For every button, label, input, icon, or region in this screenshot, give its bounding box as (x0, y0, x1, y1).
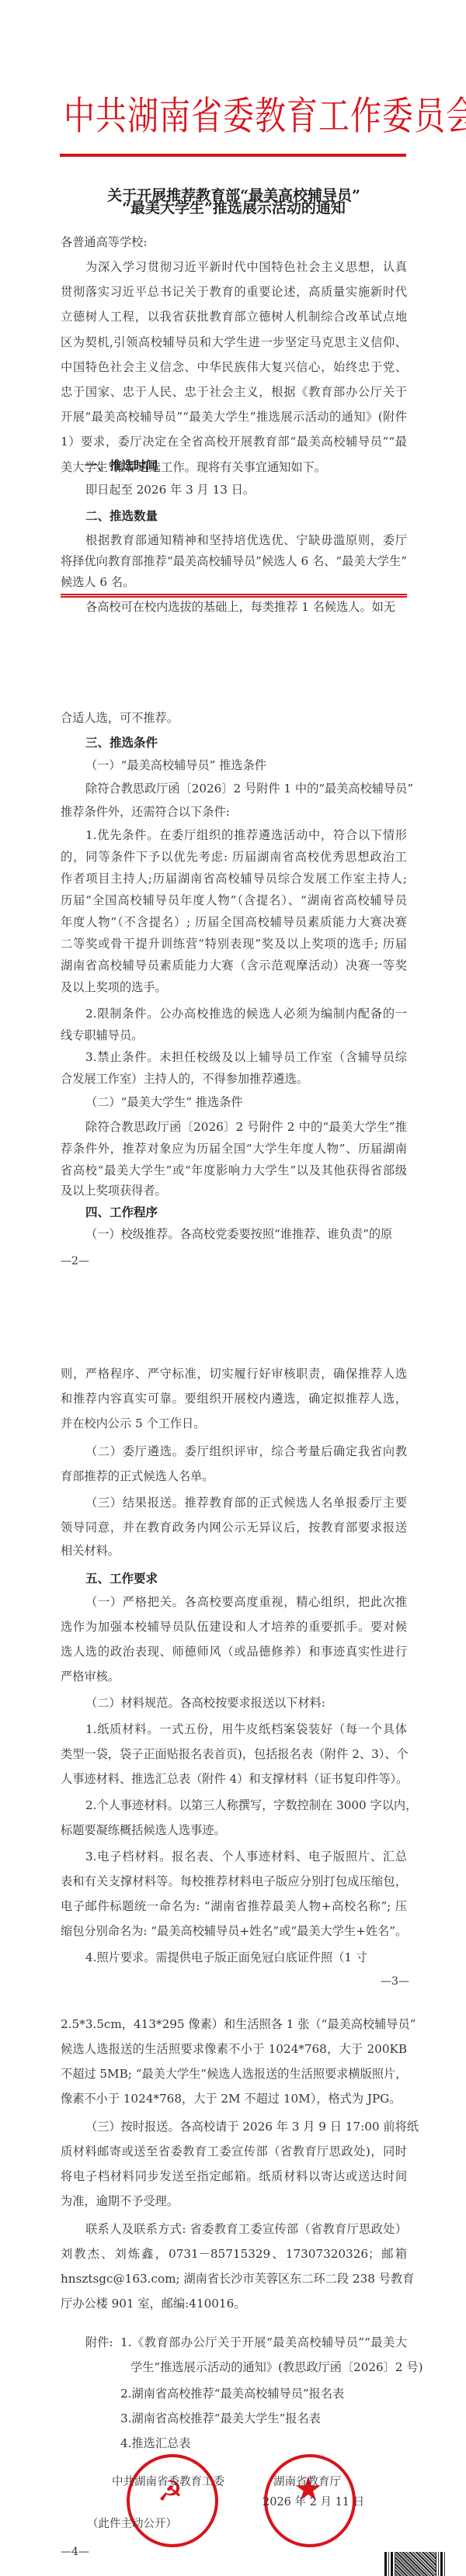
body-text-line: 3.电子档材料。报名表、个人事迹材料、电子版照片、汇总 (85, 1849, 407, 1864)
body-text-line: 和推荐内容真实可靠。要组织开展校内遴选，确定拟推荐人选， (61, 1391, 407, 1406)
body-text-line: 中国特色社会主义信念、中华民族伟大复兴信心，始终忠于党、 (61, 359, 407, 375)
body-text-line: 标题要凝练概括候选人选事迹。 (61, 1822, 407, 1838)
body-text-line: 厅办公楼 901 室，邮编:410016。 (61, 2296, 407, 2311)
body-text-line: 不超过 5MB; “最美大学生”候选人选报送的生活照要求横版照片， (61, 2066, 407, 2082)
body-text-line: 严格审核。 (61, 1669, 407, 1684)
body-text-line: 则，严格程序、严守标准，切实履行好审核职责，确保推荐人选 (61, 1366, 407, 1382)
attachment-item: 1.《教育部办公厅关于开展“最美高校辅导员”“最美大 (120, 2335, 407, 2350)
body-text-line: 选作为加强本校辅导员队伍建设和人才培养的重要抓手。要对候 (61, 1619, 407, 1635)
section2-heading: 二、推选数量 (85, 507, 158, 524)
section1-text: 即日起至 2026 年 3 月 13 日。 (85, 482, 407, 498)
salutation: 各普通高等学校: (61, 234, 407, 250)
body-text-line: （一）校级推荐。各高校党委要按照“谁推荐、谁负责”的原 (85, 1226, 407, 1242)
body-text-line: 4.照片要求。需提供电子版正面免冠白底证件照（1 寸 (85, 1950, 407, 1965)
body-text-line: 为准，逾期不予受理。 (61, 2193, 407, 2209)
body-text-line: 年度人物”（不含提名）; 历届全国高校辅导员素质能力大赛决赛 (61, 914, 407, 930)
document-barcode (384, 2552, 447, 2576)
body-text-line: 荐条件外，推荐对象应为历届全国“大学生年度人物”、历届湖南 (61, 1141, 407, 1156)
body-text-line: 质材料邮寄或送至省委教育工委宣传部（省教育厅思政处)，同时 (61, 2144, 407, 2159)
section5-heading: 五、工作要求 (85, 1569, 158, 1586)
page1-bottom-red-rule-2 (61, 596, 407, 598)
body-text-line: 表和有关支撑材料等。每校推荐材料电子版应分别打包成压缩包， (61, 1874, 407, 1889)
body-text-line: 除符合教思政厅函〔2026〕2 号附件 2 中的“最美大学生”推 (85, 1119, 407, 1135)
body-text-line: 2.5*3.5cm，413*295 像素）和生活照各 1 张（“最美高校辅导员” (61, 2016, 407, 2032)
body-text-line: 1.纸质材料。一式五份，用牛皮纸档案袋装好（每一个具体 (85, 1721, 407, 1737)
body-text-line: 电子邮件标题统一命名为: “湖南省推荐最美人物+高校名称”; 压 (61, 1898, 407, 1914)
body-text-line: 及以上奖项获得者。 (61, 1183, 407, 1198)
body-text-line: 根据教育部通知精神和坚持培优选优、宁缺毋滥原则，委厅 (85, 532, 407, 548)
body-text-line: 2.个人事迹材料。以第三人称撰写，字数控制在 3000 字以内， (85, 1798, 407, 1813)
body-text-line: 忠于国家、忠于人民、忠于社会主义，根据《教育部办公厅关于 (61, 384, 407, 400)
signature-org-1: 中共湖南省委教育工委 (112, 2473, 224, 2489)
body-text-line: 二等奖或骨干提升训练营“特别表现”奖及以上奖项的选手; 历届 (61, 936, 407, 952)
body-text-line: 区为契机,引领高校辅导员和大学生进一步坚定马克思主义信仰、 (61, 335, 407, 350)
page-number-3: —3— (381, 1975, 409, 1988)
body-text-line: 并在校内公示 5 个工作日。 (61, 1416, 407, 1431)
attachments-label: 附件: (85, 2335, 113, 2350)
body-text-line: 开展“最美高校辅导员”“最美大学生”推选展示活动的通知》(附件 (61, 409, 407, 425)
body-text-line: 省高校“最美大学生”或“年度影响力大学生”以及其他获得省部级 (61, 1163, 407, 1178)
body-text-line: （二）材料规范。各高校按要求报送以下材料: (85, 1695, 407, 1711)
signature-org-2: 湖南省教育厅 (273, 2473, 341, 2489)
section1-heading: 一、推选时间 (85, 456, 158, 473)
body-text-line: 合发展工作室）主持人的，不得参加推荐遴选。 (61, 1071, 407, 1087)
body-text-line: 除符合教思政厅函〔2026〕2 号附件 1 中的“最美高校辅导员” (85, 781, 407, 796)
body-text-line: 像素不小于 1024*768，大于 2M 不超过 10M），格式为 JPG。 (61, 2091, 407, 2106)
body-text-line: （三）结果报送。推荐教育部的正式候选人名单报委厅主要 (85, 1495, 407, 1510)
section3-heading: 三、推选条件 (85, 733, 158, 751)
body-text-line: 贯彻落实习近平总书记关于教育的重要论述，高质量实施新时代 (61, 284, 407, 300)
body-text-line: （一）严格把关。各高校要高度重视，精心组织，把此次推 (85, 1594, 407, 1610)
header-red-rule (60, 154, 406, 157)
body-text-line: 为深入学习贯彻习近平新时代中国特色社会主义思想，认真 (85, 259, 407, 275)
section3-sub2-heading: （二）“最美大学生” 推选条件 (85, 1094, 407, 1110)
page-number-2: —2— (61, 1255, 89, 1267)
body-text-line: 合适人选，可不推荐。 (61, 710, 407, 726)
body-text-line: 线专职辅导员。 (61, 1028, 407, 1043)
body-text-line: 缩包分别命名为: “最美高校辅导员+姓名”或“最美大学生+姓名”。 (61, 1923, 407, 1939)
page1-bottom-red-rule (61, 594, 407, 595)
attachment-item: 3.湖南省高校推荐“最美大学生”报名表 (120, 2411, 407, 2426)
attachment-item: 4.推选汇总表 (120, 2436, 407, 2451)
body-text-line: 联系人及联系方式: 省委教育工委宣传部（省教育厅思政处） (85, 2221, 407, 2237)
section4-heading: 四、工作程序 (85, 1203, 158, 1220)
section3-sub1-heading: （一）“最美高校辅导员” 推选条件 (85, 758, 407, 773)
body-text-line: 类型一袋，袋子正面贴报名表首页)，包括报名表（附件 2、3）、个 (61, 1746, 407, 1762)
document-title-line-2: “最美大学生”推选展示活动的通知 (61, 196, 407, 217)
public-note: （此件主动公开） (87, 2515, 177, 2531)
body-text-line: 立德树人工程，以我省获批教育部立德树人机制综合改革试点地 (61, 309, 407, 324)
body-text-line: 人事迹材料、推选汇总表（附件 4）和支撑材料（证书复印件等）。 (61, 1771, 407, 1787)
body-text-line: 选人选的政治表现、师德师风（或品德修养）和事迹真实性进行 (61, 1644, 407, 1659)
body-text-line: 领导同意，并在教育政务内网公示无异议后，按教育部要求报送 (61, 1520, 407, 1535)
body-text-line: 的，同等条件下予以优先考虑: 历届湖南省高校优秀思想政治工 (61, 849, 407, 865)
body-text-line: 将电子档材料同步发送至指定邮箱。纸质材料以寄达或送达时间 (61, 2169, 407, 2184)
body-text-line: 及以上奖项的选手。 (61, 979, 407, 995)
body-text-line: 刘教杰、刘炼鑫，0731－85715329、17307320326；邮箱 (61, 2246, 407, 2262)
body-text-line: （三）按时报送。各高校请于 2026 年 3 月 9 日 17:00 前将纸 (85, 2119, 407, 2134)
org-header-title: 中共湖南省委教育工作委员会 (64, 85, 405, 140)
body-text-line: hnsztsgc@163.com; 湖南省长沙市芙蓉区东二环二段 238 号教育 (61, 2271, 407, 2287)
signature-date: 2026 年 2 月 11 日 (263, 2493, 364, 2509)
body-text-line: 各高校可在校内选拔的基础上，每类推荐 1 名候选人。如无 (85, 599, 407, 615)
body-text-line: 1）要求，委厅决定在全省高校开展教育部“最美高校辅导员”“最 (61, 434, 407, 449)
body-text-line: 作者项目主持人;历届湖南省高校辅导员综合发展工作室主持人; (61, 871, 407, 886)
body-text-line: 历届“全国高校辅导员年度人物”（含提名）、“湖南省高校辅导员 (61, 893, 407, 908)
body-text-line: 2.限制条件。公办高校推选的候选人必须为编制内配备的一 (85, 1006, 407, 1021)
attachment-item: 学生”推选展示活动的通知》(教思政厅函〔2026〕2 号) (130, 2359, 407, 2375)
body-text-line: 候选人选报送的生活照要求像素不小于 1024*768，大于 200KB (61, 2041, 407, 2057)
body-text-line: 3.禁止条件。未担任校级及以上辅导员工作室（含辅导员综 (85, 1049, 407, 1065)
body-text-line: 湖南省高校辅导员素质能力大赛（含示范观摩活动）决赛一等奖 (61, 958, 407, 973)
body-text-line: 相关材料。 (61, 1543, 407, 1558)
body-text-line: 候选人 6 名。 (61, 574, 407, 590)
attachment-item: 2.湖南省高校推荐“最美高校辅导员”报名表 (120, 2386, 407, 2401)
body-text-line: 育部推荐的正式候选人名单。 (61, 1468, 407, 1484)
body-text-line: 1.优先条件。在委厅组织的推荐遴选活动中，符合以下情形 (85, 827, 407, 843)
body-text-line: （二）委厅遴选。委厅组织评审，综合考量后确定我省向教 (85, 1444, 407, 1459)
page-number-4: —4— (61, 2546, 89, 2558)
body-text-line: 将择优向教育部推荐“最美高校辅导员”候选人 6 名、“最美大学生” (61, 553, 407, 569)
body-text-line: 推荐条件外，还需符合以下条件: (61, 804, 407, 820)
